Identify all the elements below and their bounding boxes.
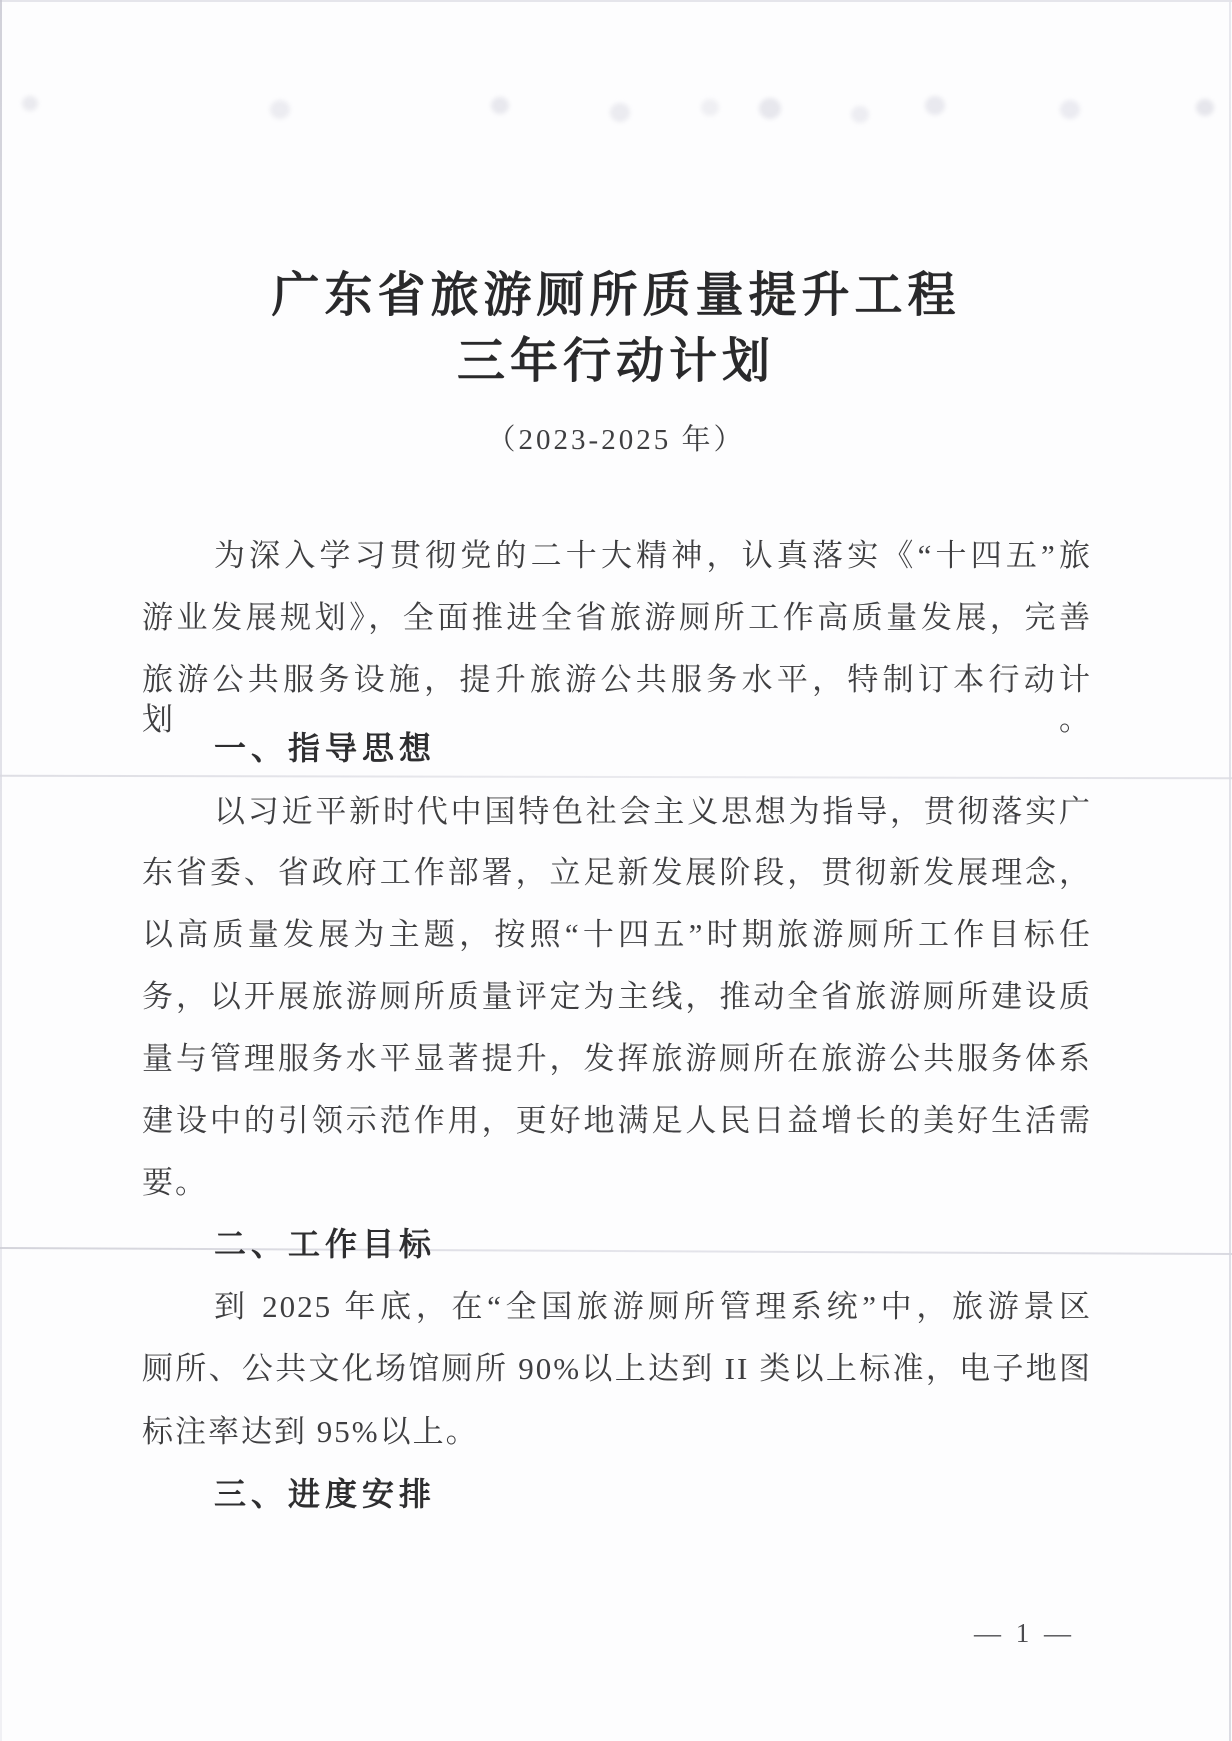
document-page: 广东省旅游厕所质量提升工程 三年行动计划 （2023-2025 年） 为深入学习… xyxy=(0,0,1232,1741)
paragraph-line: 量与管理服务水平显著提升，发挥旅游厕所在旅游公共服务体系 xyxy=(142,1039,1092,1079)
paragraph-line: 东省委、省政府工作部署，立足新发展阶段，贯彻新发展理念， xyxy=(142,853,1092,893)
section-heading-3: 三、进度安排 xyxy=(142,1474,1092,1514)
paragraph-line: 以高质量发展为主题，按照“十四五”时期旅游厕所工作目标任 xyxy=(142,915,1092,955)
document-date-range: （2023-2025 年） xyxy=(0,420,1232,460)
paragraph-line: 游业发展规划》，全面推进全省旅游厕所工作高质量发展，完善 xyxy=(142,598,1092,638)
scan-smudge-band xyxy=(22,96,38,111)
page-edge-left xyxy=(0,0,2,1741)
paragraph-line: 厕所、公共文化场馆厕所 90%以上达到 II 类以上标准，电子地图 xyxy=(142,1349,1092,1389)
paragraph-line: 到 2025 年底，在“全国旅游厕所管理系统”中，旅游景区 xyxy=(142,1287,1092,1327)
document-title-line1: 广东省旅游厕所质量提升工程 xyxy=(0,268,1232,324)
paragraph-line: 要。 xyxy=(142,1163,1092,1203)
paragraph-line: 标注率达到 95%以上。 xyxy=(142,1412,1092,1452)
scan-line-artifact xyxy=(0,775,1232,780)
section-heading-1: 一、指导思想 xyxy=(142,728,1092,768)
paragraph-line: 以习近平新时代中国特色社会主义思想为指导，贯彻落实广 xyxy=(142,792,1092,832)
page-number: — 1 — xyxy=(974,1618,1075,1649)
paragraph-line: 建设中的引领示范作用，更好地满足人民日益增长的美好生活需 xyxy=(142,1101,1092,1141)
page-edge-top xyxy=(0,0,1232,2)
page-edge-right xyxy=(1229,0,1231,1741)
document-title-line2: 三年行动计划 xyxy=(0,334,1232,390)
paragraph-line: 务，以开展旅游厕所质量评定为主线，推动全省旅游厕所建设质 xyxy=(142,977,1092,1017)
paragraph-line: 为深入学习贯彻党的二十大精神，认真落实《“十四五”旅 xyxy=(142,536,1092,576)
section-heading-2: 二、工作目标 xyxy=(142,1224,1092,1264)
